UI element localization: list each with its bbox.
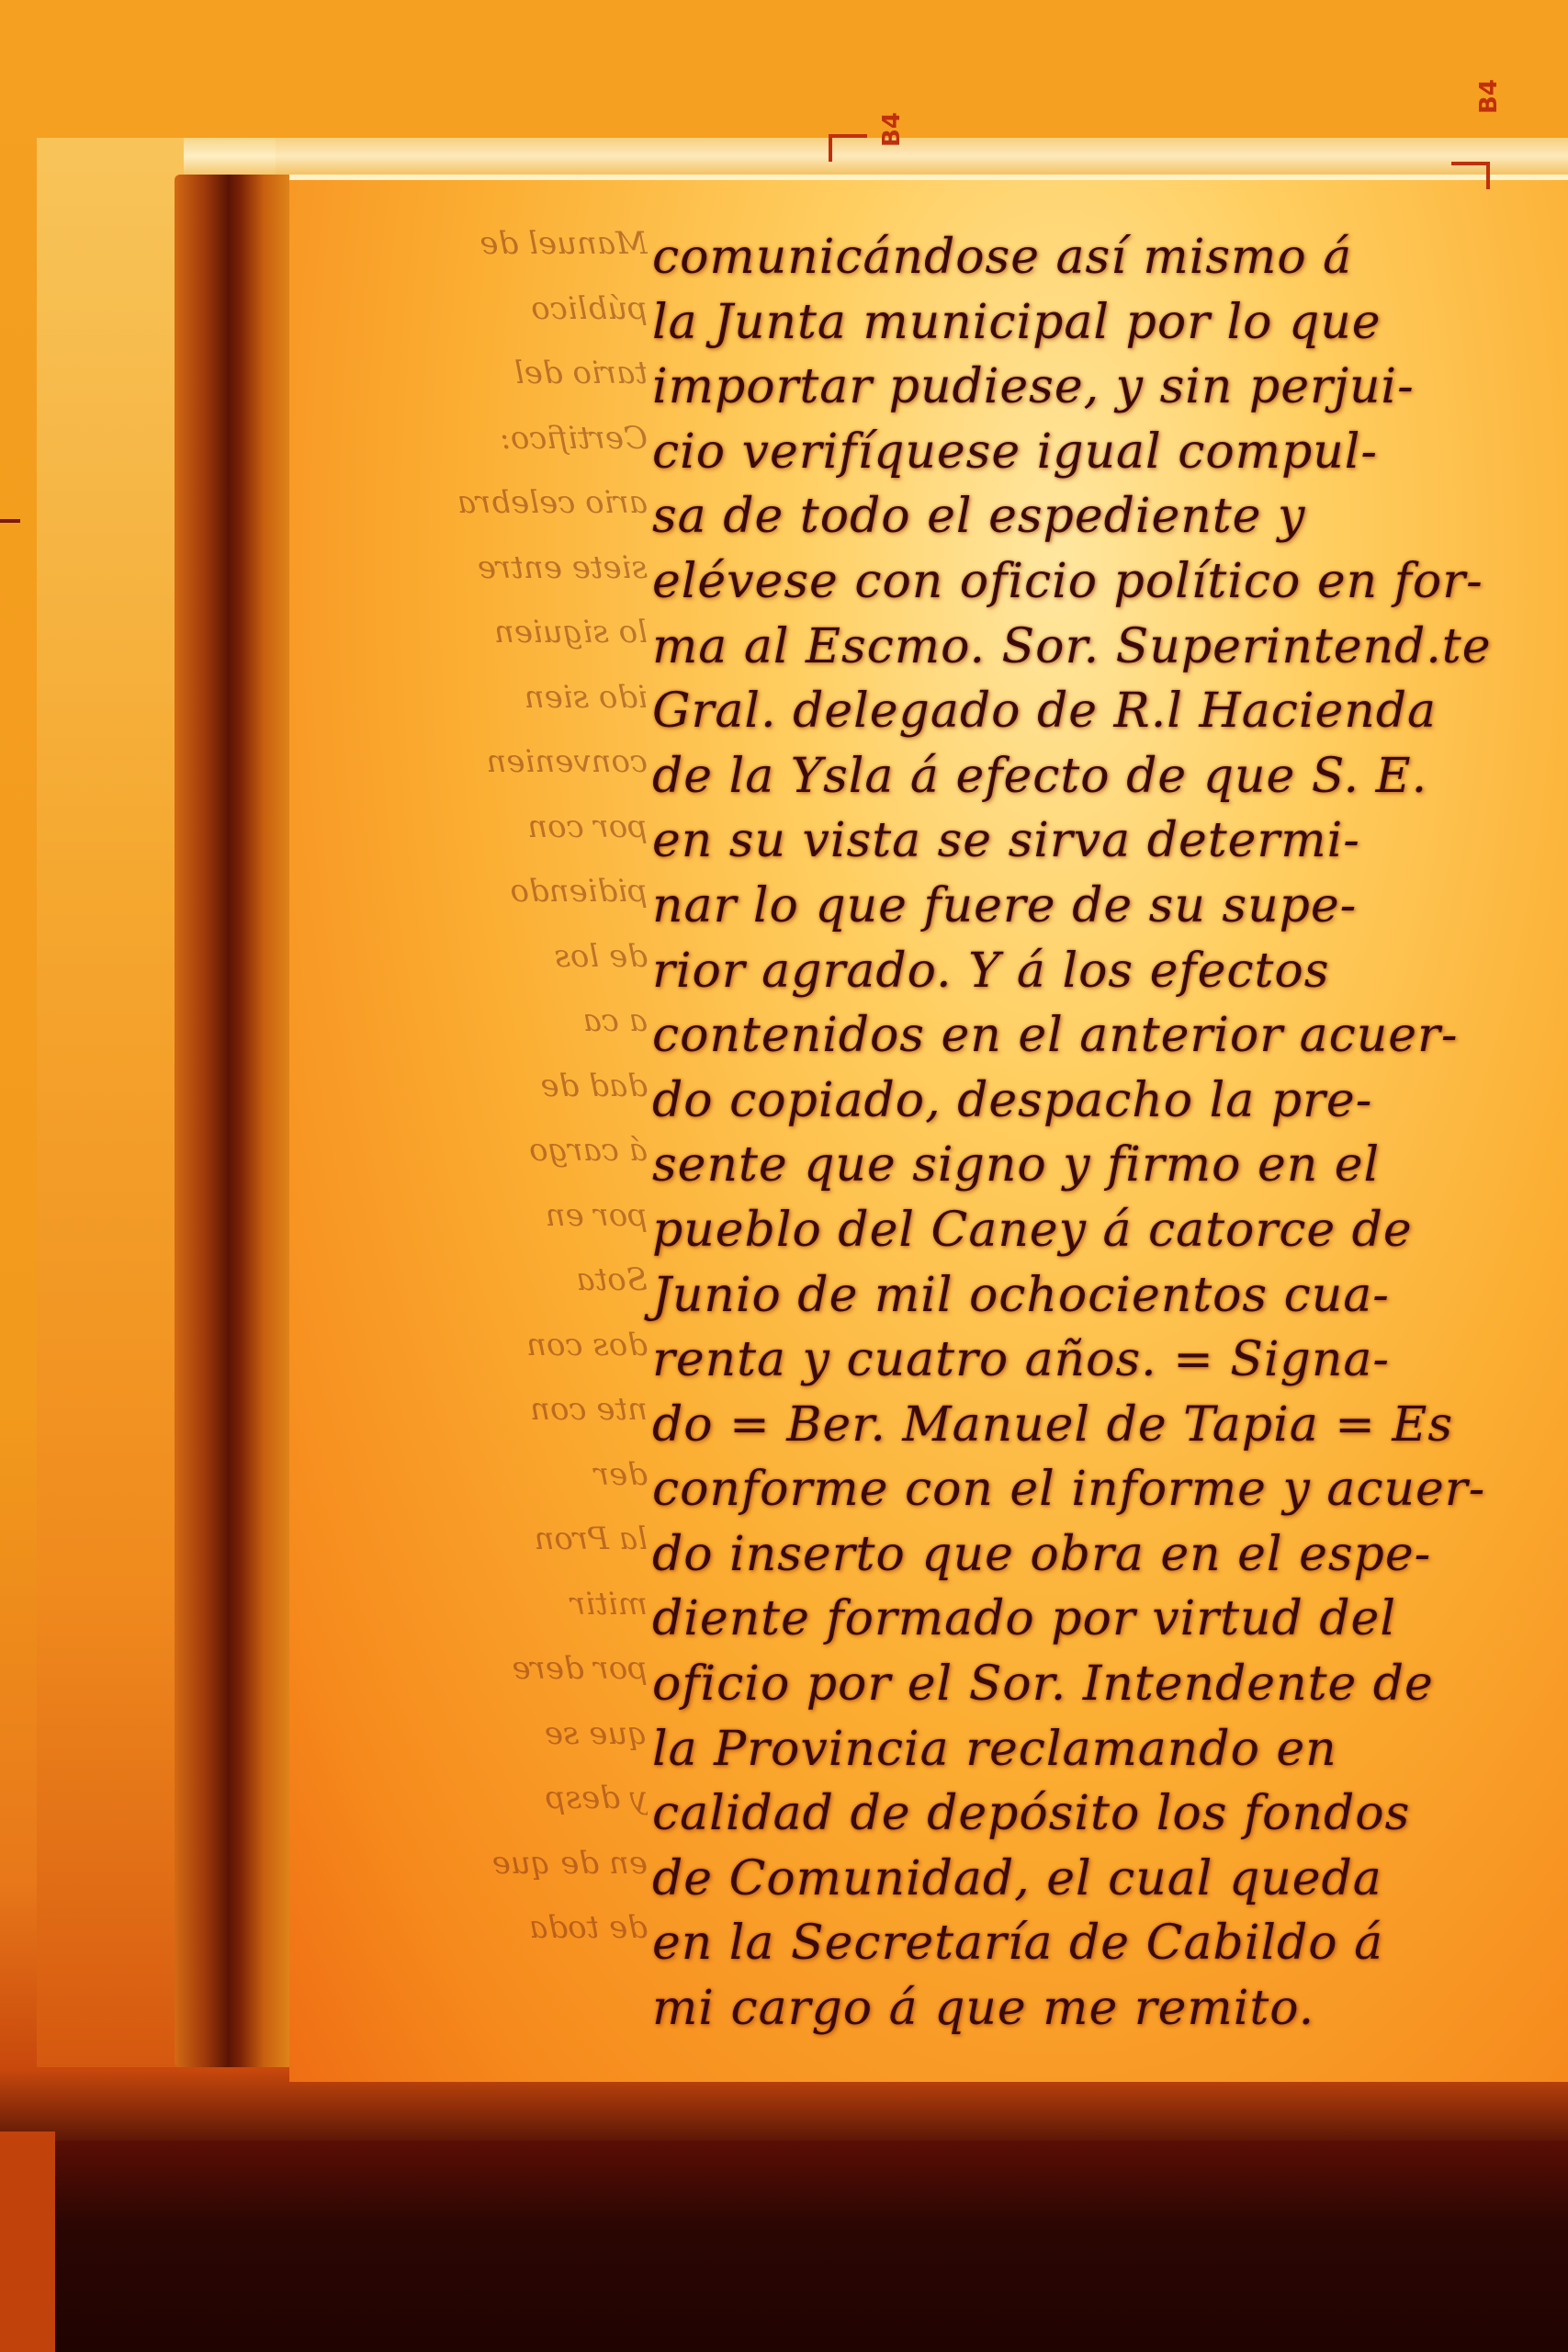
table-shadow [0,2141,1568,2352]
text-line: cio verifíquese igual compul- [652,420,1534,485]
bleed-line: por en [317,1183,648,1249]
bleed-line: la Pron [317,1507,648,1572]
bleed-line: der [317,1442,648,1508]
bleed-line: convenien [317,729,648,795]
reverse-side-bleed-through: Manuel de público tario del Certifico: a… [317,211,648,2030]
bleed-line: Sota [317,1248,648,1313]
table-edge [0,2131,55,2352]
handwritten-text-body: comunicándose así mismo á la Junta munic… [652,225,1534,2041]
text-line: conforme con el informe y acuer- [652,1457,1534,1522]
text-line: elévese con oficio político en for- [652,549,1534,615]
text-line: pueblo del Caney á catorce de [652,1198,1534,1263]
bleed-line: dad de [317,1054,648,1119]
text-line: mi cargo á que me remito. [652,1976,1534,2041]
text-line: do = Ber. Manuel de Tapia = Es [652,1393,1534,1458]
page-top-edge [184,138,1568,175]
text-line: ma al Escmo. Sor. Superintend.te [652,615,1534,680]
text-line: contenidos en el anterior acuer- [652,1003,1534,1069]
bleed-line: mitir [317,1572,648,1637]
bleed-line: Certifico: [317,406,648,471]
text-line: en su vista se sirva determi- [652,808,1534,874]
text-line: la Provincia reclamando en [652,1717,1534,1782]
bleed-line: á cargo [317,1118,648,1183]
bleed-line: y desp [317,1766,648,1831]
marker-label: B4 [878,112,906,147]
text-line: importar pudiese, y sin perjui- [652,355,1534,420]
bleed-line: lo siguien [317,600,648,665]
corner-bracket-icon [1451,162,1490,189]
text-line: sente que signo y firmo en el [652,1133,1534,1198]
text-line: do copiado, despacho la pre- [652,1069,1534,1134]
bleed-line: por dere [317,1636,648,1702]
bleed-line: Manuel de [317,211,648,277]
text-line: rior agrado. Y á los efectos [652,939,1534,1004]
bleed-line: ido sien [317,665,648,730]
bleed-line: en de que [317,1831,648,1896]
bleed-line: público [317,277,648,342]
text-line: calidad de depósito los fondos [652,1781,1534,1847]
text-line: oficio por el Sor. Intendente de [652,1652,1534,1717]
marker-label: B4 [1475,79,1503,114]
text-line: renta y cuatro años. = Signa- [652,1328,1534,1393]
corner-bracket-icon [829,134,867,162]
bleed-line: ario celebra [317,470,648,536]
text-line: Gral. delegado de R.l Hacienda [652,679,1534,744]
text-line: Junio de mil ochocientos cua- [652,1263,1534,1329]
text-line: comunicándose así mismo á [652,225,1534,290]
bleed-line: nte con [317,1377,648,1442]
bleed-line: tario del [317,341,648,406]
text-line: la Junta municipal por lo que [652,290,1534,356]
bleed-line: dos con [317,1313,648,1378]
book-spine [175,175,294,2067]
margin-tick-mark [0,519,20,523]
bleed-line: de los [317,924,648,989]
text-line: diente formado por virtud del [652,1587,1534,1652]
text-line: de Comunidad, el cual queda [652,1847,1534,1912]
bleed-line: que se [317,1702,648,1767]
text-line: en la Secretaría de Cabildo á [652,1911,1534,1976]
text-line: sa de todo el espediente y [652,484,1534,549]
text-line: nar lo que fuere de su supe- [652,874,1534,939]
bleed-line: a ca [317,989,648,1054]
bleed-line: siete entre [317,536,648,601]
text-line: do inserto que obra en el espe- [652,1522,1534,1588]
bleed-line: de toda [317,1895,648,1961]
bleed-line: por con [317,795,648,860]
bleed-line: pidiendo [317,859,648,924]
text-line: de la Ysla á efecto de que S. E. [652,744,1534,809]
